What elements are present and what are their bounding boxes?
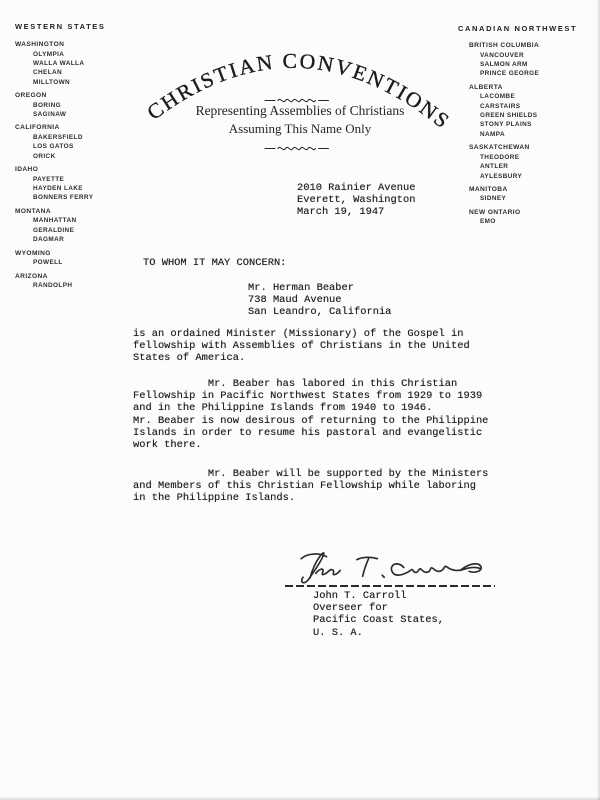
state-name: ARIZONA <box>15 272 105 282</box>
province-name: NEW ONTARIO <box>469 208 577 218</box>
province-group: MANITOBA SIDNEY <box>469 185 577 204</box>
state-cities: BAKERSFIELD LOS GATOS ORICK <box>33 133 105 161</box>
signature-typed-block: John T. Carroll Overseer for Pacific Coa… <box>313 590 444 639</box>
state-name: MONTANA <box>15 207 105 217</box>
state-group: WYOMING POWELL <box>15 249 105 268</box>
canadian-northwest-column: CANADIAN NORTHWEST BRITISH COLUMBIA VANC… <box>458 24 577 231</box>
province-group: BRITISH COLUMBIA VANCOUVER SALMON ARM PR… <box>469 41 577 79</box>
recipient-address-block: Mr. Herman Beaber 738 Maud Avenue San Le… <box>248 282 391 319</box>
flourish-ornament-icon <box>263 144 335 153</box>
handwritten-signature-scrawl <box>294 544 490 587</box>
state-group: ARIZONA RANDOLPH <box>15 272 105 291</box>
letterhead-subtitle-1: Representing Assemblies of Christians <box>150 103 450 119</box>
province-name: SASKATCHEWAN <box>469 143 577 153</box>
body-paragraph-2: Mr. Beaber has labored in this Christian… <box>133 378 497 451</box>
province-cities: LACOMBE CARSTAIRS GREEN SHIELDS STONY PL… <box>480 92 577 139</box>
state-cities: RANDOLPH <box>33 281 105 290</box>
state-cities: POWELL <box>33 258 105 267</box>
state-name: IDAHO <box>15 165 105 175</box>
salutation-line: TO WHOM IT MAY CONCERN: <box>143 257 286 269</box>
province-name: BRITISH COLUMBIA <box>469 41 577 51</box>
province-name: MANITOBA <box>469 185 577 195</box>
state-cities: PAYETTE HAYDEN LAKE BONNERS FERRY <box>33 175 105 203</box>
state-group: IDAHO PAYETTE HAYDEN LAKE BONNERS FERRY <box>15 165 105 203</box>
state-cities: BORING SAGINAW <box>33 101 105 120</box>
state-name: CALIFORNIA <box>15 123 105 133</box>
scanned-letter-page: WESTERN STATES WASHINGTON OLYMPIA WALLA … <box>0 0 600 800</box>
state-name: WYOMING <box>15 249 105 259</box>
province-group: ALBERTA LACOMBE CARSTAIRS GREEN SHIELDS … <box>469 83 577 140</box>
province-cities: SIDNEY <box>480 194 577 203</box>
canadian-northwest-heading: CANADIAN NORTHWEST <box>458 24 577 33</box>
province-group: NEW ONTARIO EMO <box>469 208 577 227</box>
signature-dashed-rule <box>285 585 495 587</box>
return-address-date-block: 2010 Rainier Avenue Everett, Washington … <box>297 182 415 219</box>
state-group: OREGON BORING SAGINAW <box>15 91 105 119</box>
western-states-heading: WESTERN STATES <box>15 22 105 31</box>
state-name: OREGON <box>15 91 105 101</box>
western-states-column: WESTERN STATES WASHINGTON OLYMPIA WALLA … <box>15 22 105 294</box>
state-group: MONTANA MANHATTAN GERALDINE DAGMAR <box>15 207 105 245</box>
letterhead-subtitle-2: Assuming This Name Only <box>150 121 450 137</box>
state-cities: OLYMPIA WALLA WALLA CHELAN MILLTOWN <box>33 50 105 88</box>
state-name: WASHINGTON <box>15 40 105 50</box>
state-cities: MANHATTAN GERALDINE DAGMAR <box>33 216 105 244</box>
body-paragraph-3: Mr. Beaber will be supported by the Mini… <box>133 468 497 505</box>
province-cities: VANCOUVER SALMON ARM PRINCE GEORGE <box>480 51 577 79</box>
state-group: WASHINGTON OLYMPIA WALLA WALLA CHELAN MI… <box>15 40 105 87</box>
province-cities: THEODORE ANTLER AYLESBURY <box>480 153 577 181</box>
province-group: SASKATCHEWAN THEODORE ANTLER AYLESBURY <box>469 143 577 181</box>
body-paragraph-1: is an ordained Minister (Missionary) of … <box>133 328 497 365</box>
province-cities: EMO <box>480 217 577 226</box>
state-group: CALIFORNIA BAKERSFIELD LOS GATOS ORICK <box>15 123 105 161</box>
province-name: ALBERTA <box>469 83 577 93</box>
